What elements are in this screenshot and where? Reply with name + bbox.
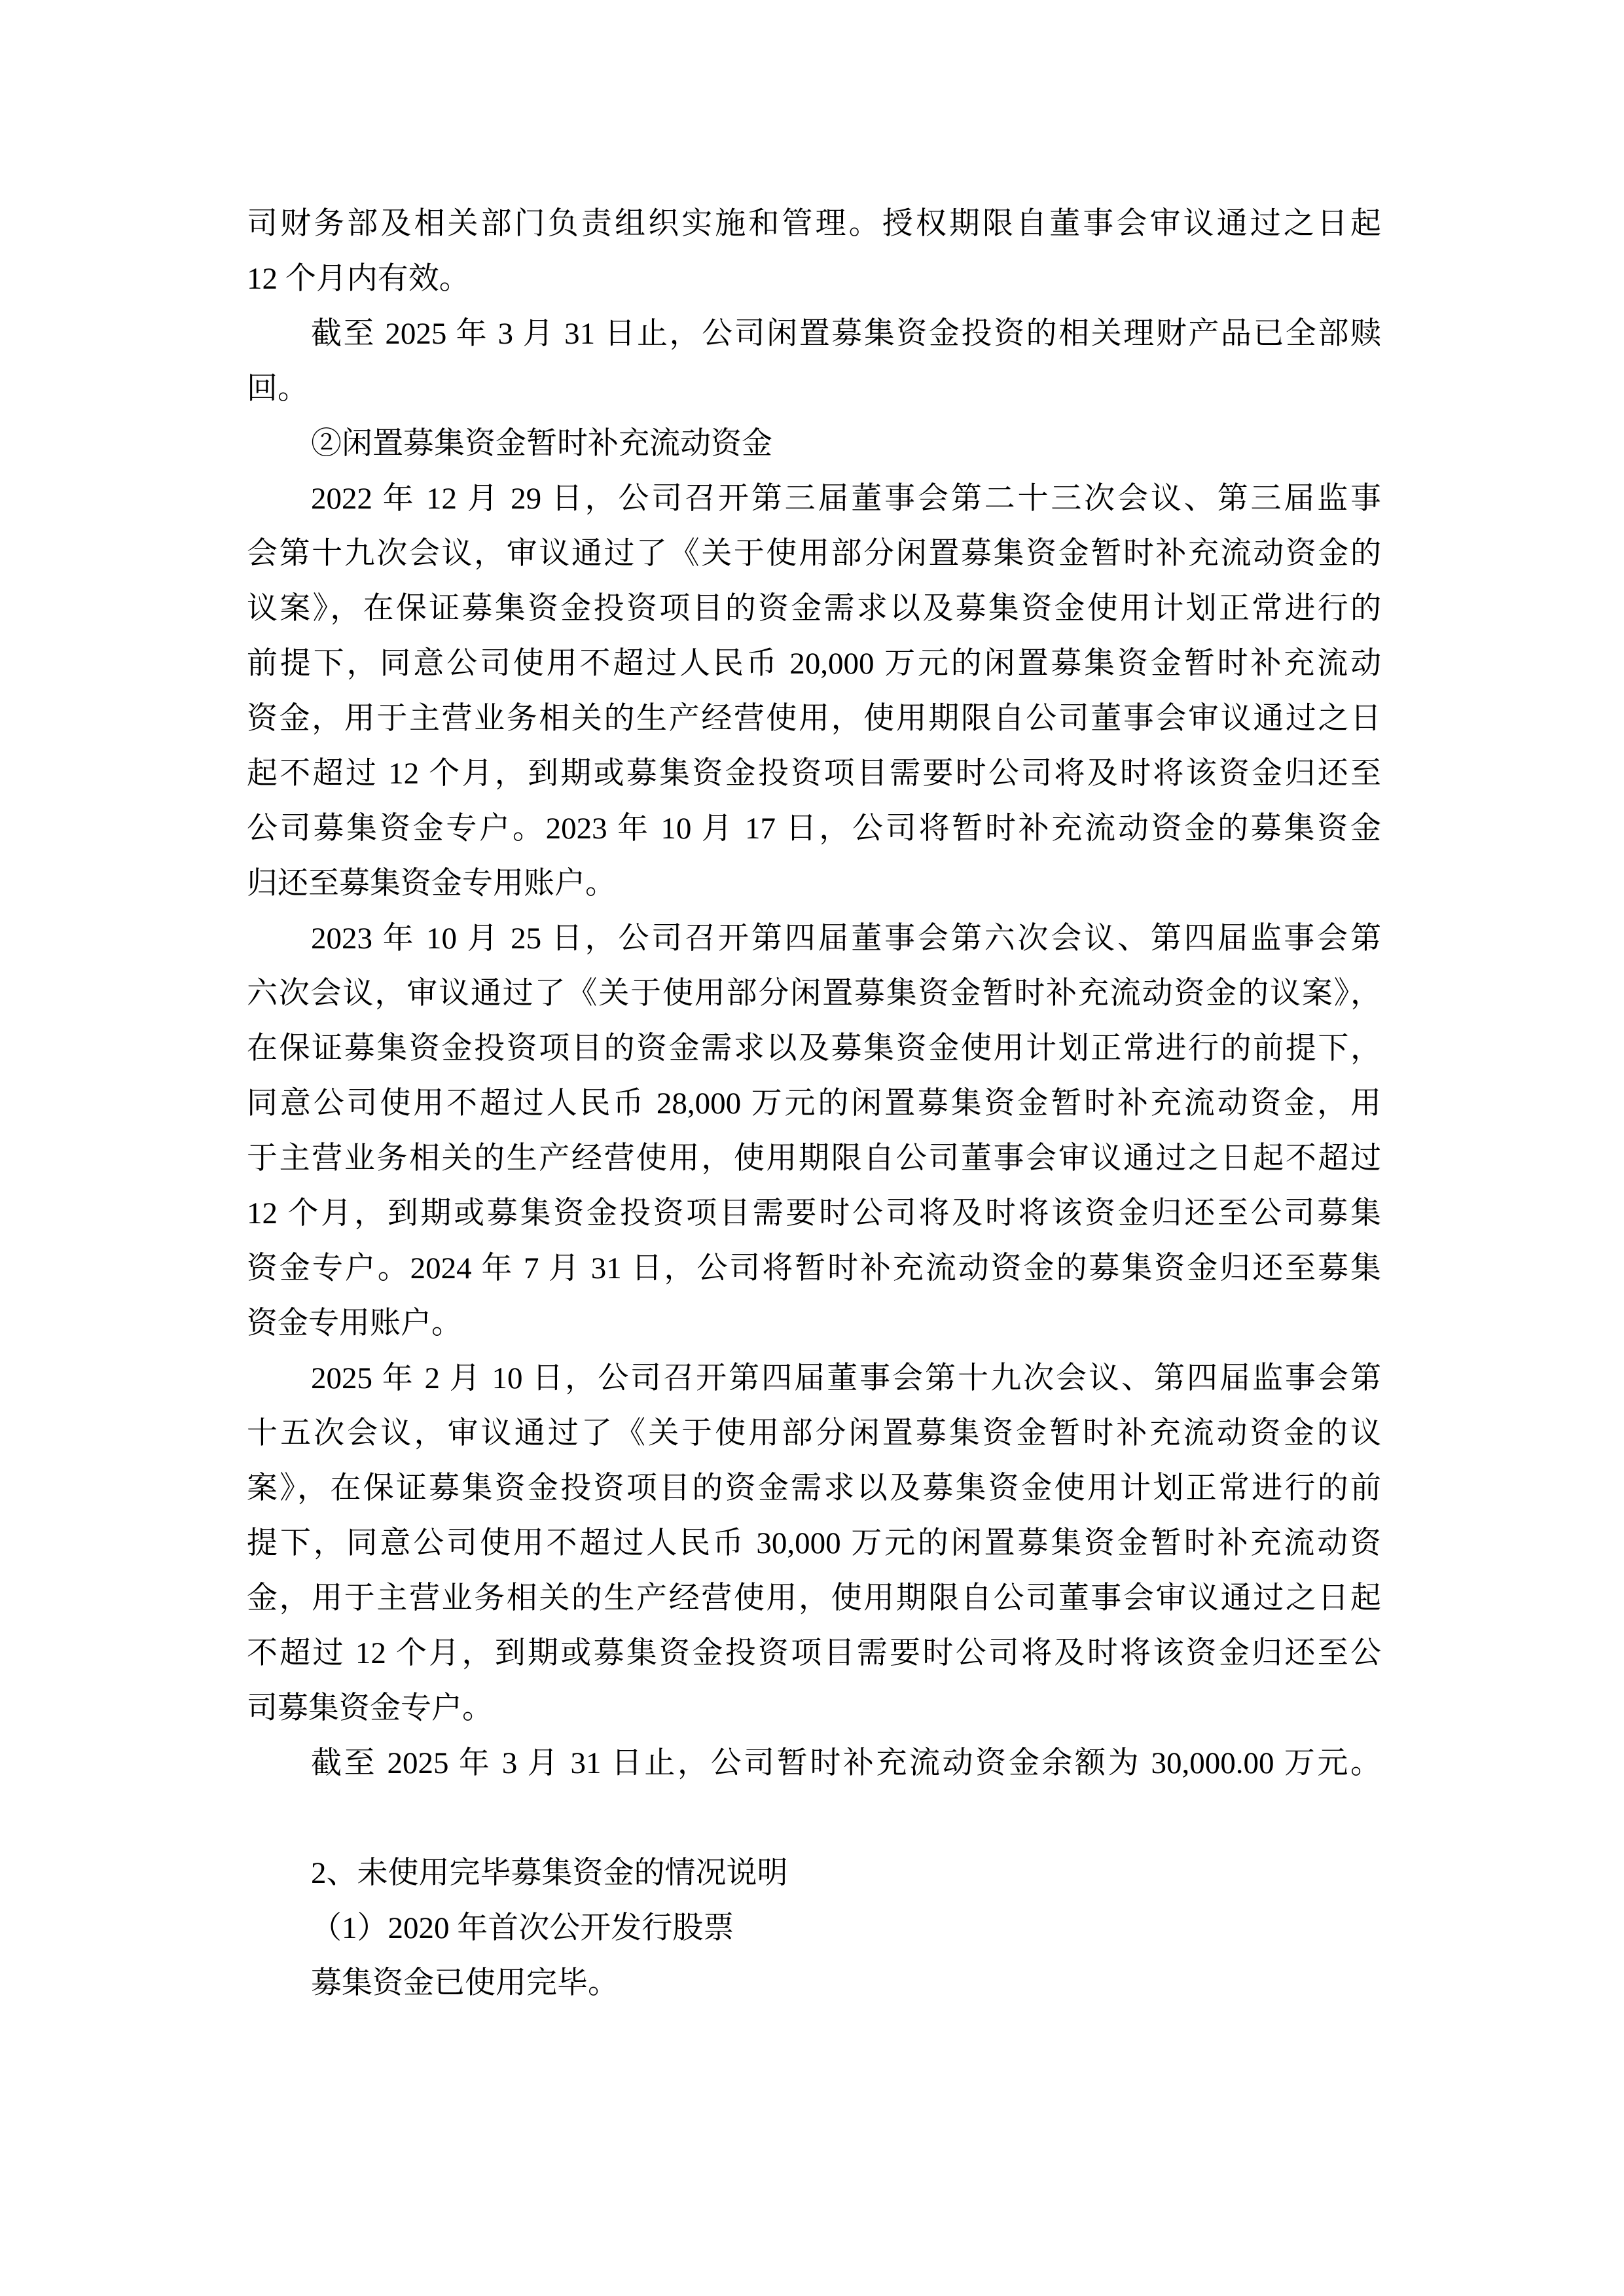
document-page: 司财务部及相关部门负责组织实施和管理。授权期限自董事会审议通过之日起12 个月内… — [0, 0, 1624, 2296]
text-line: 提下，同意公司使用不超过人民币 30,000 万元的闲置募集资金暂时补充流动资 — [247, 1516, 1381, 1571]
text-line: 六次会议，审议通过了《关于使用部分闲置募集资金暂时补充流动资金的议案》， — [247, 966, 1381, 1021]
text-line: 回。 — [247, 361, 1381, 416]
text-line: 议案》，在保证募集资金投资项目的资金需求以及募集资金使用计划正常进行的 — [247, 581, 1381, 636]
text-line: 金，用于主营业务相关的生产经营使用，使用期限自公司董事会审议通过之日起 — [247, 1571, 1381, 1626]
paragraph: 2025 年 2 月 10 日，公司召开第四届董事会第十九次会议、第四届监事会第… — [247, 1351, 1381, 1736]
text-line: 截至 2025 年 3 月 31 日止，公司暂时补充流动资金余额为 30,000… — [247, 1736, 1381, 1791]
blank-line — [247, 1791, 1381, 1846]
paragraph: 募集资金已使用完毕。 — [247, 1956, 1381, 2011]
text-line: 在保证募集资金投资项目的资金需求以及募集资金使用计划正常进行的前提下， — [247, 1021, 1381, 1076]
text-line: 12 个月，到期或募集资金投资项目需要时公司将及时将该资金归还至公司募集 — [247, 1186, 1381, 1241]
text-line: 公司募集资金专户。2023 年 10 月 17 日，公司将暂时补充流动资金的募集… — [247, 801, 1381, 856]
text-line: 2、未使用完毕募集资金的情况说明 — [247, 1846, 1381, 1901]
paragraph — [247, 1791, 1381, 1846]
text-line: 同意公司使用不超过人民币 28,000 万元的闲置募集资金暂时补充流动资金，用 — [247, 1076, 1381, 1131]
text-line: 于主营业务相关的生产经营使用，使用期限自公司董事会审议通过之日起不超过 — [247, 1131, 1381, 1186]
paragraph: 司财务部及相关部门负责组织实施和管理。授权期限自董事会审议通过之日起12 个月内… — [247, 196, 1381, 306]
paragraph: 2、未使用完毕募集资金的情况说明 — [247, 1846, 1381, 1901]
text-line: 2022 年 12 月 29 日，公司召开第三届董事会第二十三次会议、第三届监事 — [247, 471, 1381, 526]
text-line: 不超过 12 个月，到期或募集资金投资项目需要时公司将及时将该资金归还至公 — [247, 1626, 1381, 1681]
text-line: 截至 2025 年 3 月 31 日止，公司闲置募集资金投资的相关理财产品已全部… — [247, 306, 1381, 361]
text-line: 案》，在保证募集资金投资项目的资金需求以及募集资金使用计划正常进行的前 — [247, 1461, 1381, 1516]
text-line: 归还至募集资金专用账户。 — [247, 856, 1381, 911]
text-line: 12 个月内有效。 — [247, 251, 1381, 306]
text-line: 前提下，同意公司使用不超过人民币 20,000 万元的闲置募集资金暂时补充流动 — [247, 636, 1381, 691]
text-line: 司财务部及相关部门负责组织实施和管理。授权期限自董事会审议通过之日起 — [247, 196, 1381, 251]
document-text-block: 司财务部及相关部门负责组织实施和管理。授权期限自董事会审议通过之日起12 个月内… — [247, 196, 1381, 2011]
text-line: 起不超过 12 个月，到期或募集资金投资项目需要时公司将及时将该资金归还至 — [247, 746, 1381, 801]
text-line: 会第十九次会议，审议通过了《关于使用部分闲置募集资金暂时补充流动资金的 — [247, 526, 1381, 581]
paragraph: 2023 年 10 月 25 日，公司召开第四届董事会第六次会议、第四届监事会第… — [247, 911, 1381, 1351]
text-line: 资金专用账户。 — [247, 1296, 1381, 1351]
paragraph: 截至 2025 年 3 月 31 日止，公司闲置募集资金投资的相关理财产品已全部… — [247, 306, 1381, 416]
paragraph: ②闲置募集资金暂时补充流动资金 — [247, 416, 1381, 471]
text-line: 司募集资金专户。 — [247, 1681, 1381, 1736]
paragraph: 截至 2025 年 3 月 31 日止，公司暂时补充流动资金余额为 30,000… — [247, 1736, 1381, 1791]
text-line: ②闲置募集资金暂时补充流动资金 — [247, 416, 1381, 471]
text-line: 资金专户。2024 年 7 月 31 日，公司将暂时补充流动资金的募集资金归还至… — [247, 1241, 1381, 1296]
text-line: 募集资金已使用完毕。 — [247, 1956, 1381, 2011]
text-line: 2025 年 2 月 10 日，公司召开第四届董事会第十九次会议、第四届监事会第 — [247, 1351, 1381, 1406]
paragraph: 2022 年 12 月 29 日，公司召开第三届董事会第二十三次会议、第三届监事… — [247, 471, 1381, 911]
text-line: 资金，用于主营业务相关的生产经营使用，使用期限自公司董事会审议通过之日 — [247, 691, 1381, 746]
text-line: 2023 年 10 月 25 日，公司召开第四届董事会第六次会议、第四届监事会第 — [247, 911, 1381, 966]
text-line: 十五次会议，审议通过了《关于使用部分闲置募集资金暂时补充流动资金的议 — [247, 1406, 1381, 1461]
text-line: （1）2020 年首次公开发行股票 — [247, 1901, 1381, 1956]
paragraph: （1）2020 年首次公开发行股票 — [247, 1901, 1381, 1956]
